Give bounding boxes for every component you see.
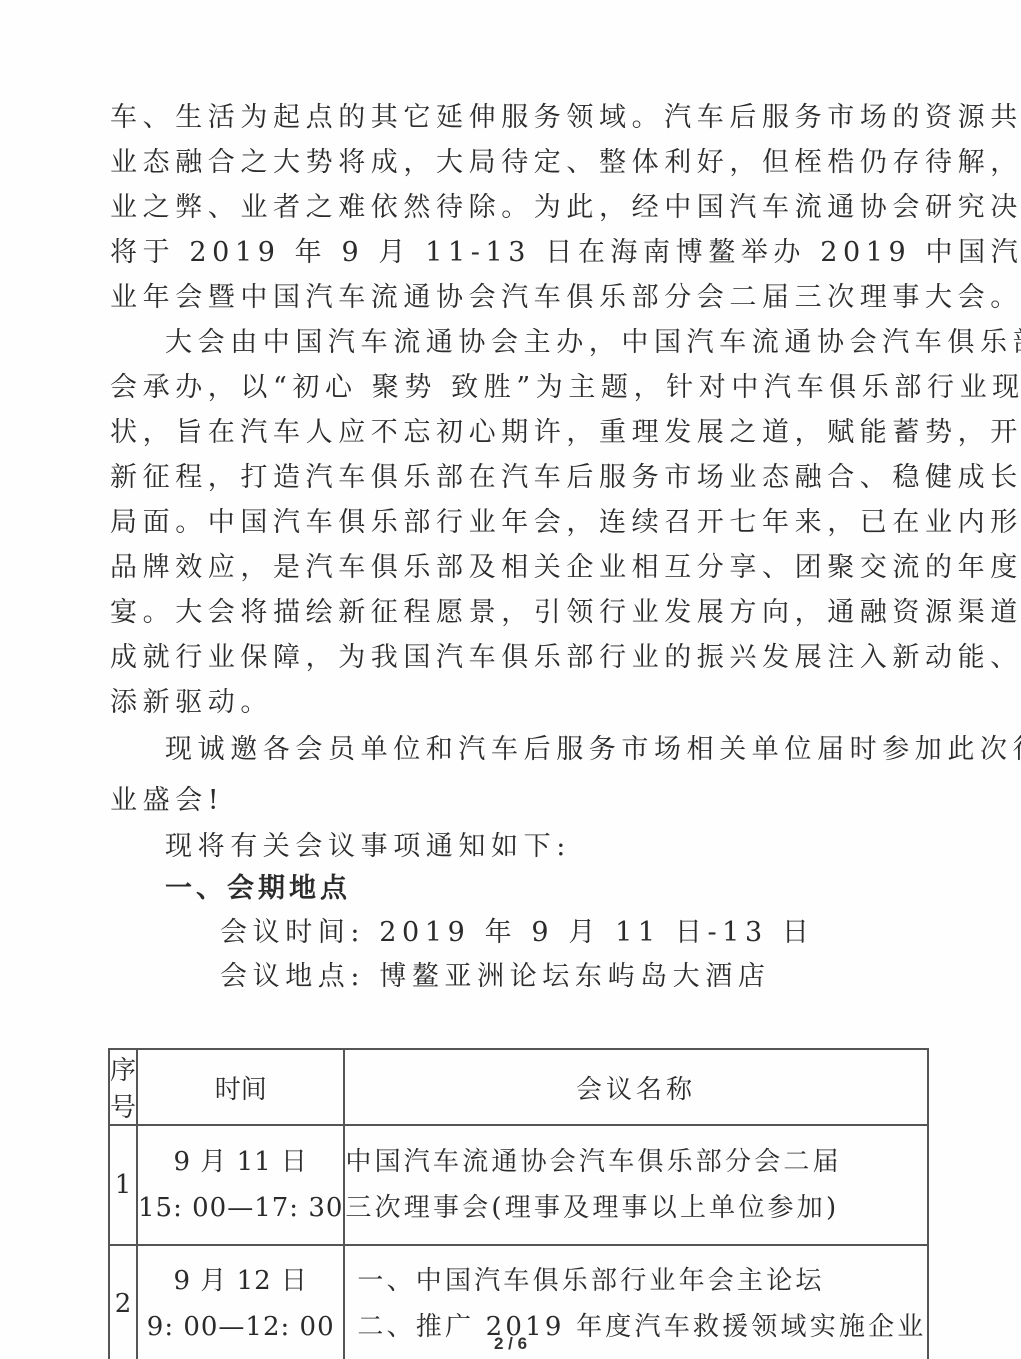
page-number: 2 / 6 — [0, 1334, 1021, 1354]
paragraph-1-line-5: 业年会暨中国汽车流通协会汽车俱乐部分会二届三次理事大会。 — [110, 275, 910, 320]
header-number: 序号 — [109, 1049, 137, 1125]
document-page: 车、生活为起点的其它延伸服务领域。汽车后服务市场的资源共享、 业态融合之大势将成… — [0, 0, 1021, 1359]
meeting-time-line: 会议时间: 2019 年 9 月 11 日-13 日 — [220, 910, 1020, 955]
paragraph-2-line-8: 成就行业保障，为我国汽车俱乐部行业的振兴发展注入新动能、加 — [110, 635, 910, 680]
paragraph-2-line-9: 添新驱动。 — [110, 680, 910, 725]
paragraph-2-line-1: 大会由中国汽车流通协会主办，中国汽车流通协会汽车俱乐部分 — [165, 320, 965, 365]
table-header-row: 序号 时间 会议名称 — [109, 1049, 928, 1125]
row-time-cell: 9 月 11 日 15: 00—17: 30 — [137, 1125, 344, 1245]
table-row: 1 9 月 11 日 15: 00—17: 30 中国汽车流通协会汽车俱乐部分会… — [109, 1125, 928, 1245]
paragraph-2-line-5: 局面。中国汽车俱乐部行业年会，连续召开七年来，已在业内形成 — [110, 500, 910, 545]
row-date: 9 月 11 日 — [138, 1139, 343, 1185]
row-time-range: 15: 00—17: 30 — [138, 1185, 343, 1231]
schedule-table: 序号 时间 会议名称 1 9 月 11 日 15: 00—17: 30 中国汽车… — [108, 1048, 929, 1359]
header-time: 时间 — [137, 1049, 344, 1125]
row-number: 1 — [109, 1125, 137, 1245]
meeting-place-line: 会议地点: 博鳌亚洲论坛东屿岛大酒店 — [220, 954, 1020, 999]
paragraph-2-line-4: 新征程，打造汽车俱乐部在汽车后服务市场业态融合、稳健成长新 — [110, 455, 910, 500]
paragraph-2-line-7: 宴。大会将描绘新征程愿景，引领行业发展方向，通融资源渠道， — [110, 590, 910, 635]
paragraph-2-line-6: 品牌效应，是汽车俱乐部及相关企业相互分享、团聚交流的年度盛 — [110, 545, 910, 590]
row-date: 9 月 12 日 — [138, 1258, 343, 1304]
paragraph-3-line-2: 业盛会! — [110, 778, 910, 823]
section-1-heading: 一、会期地点 — [165, 866, 965, 911]
paragraph-1-line-4: 将于 2019 年 9 月 11-13 日在海南博鳌举办 2019 中国汽车俱乐… — [110, 230, 910, 275]
row-name-line: 一、中国汽车俱乐部行业年会主论坛 — [357, 1258, 926, 1304]
header-meeting-name: 会议名称 — [344, 1049, 927, 1125]
paragraph-1-line-1: 车、生活为起点的其它延伸服务领域。汽车后服务市场的资源共享、 — [110, 95, 910, 140]
row-name-line: 中国汽车流通协会汽车俱乐部分会二届 — [345, 1139, 926, 1185]
paragraph-2-line-3: 状，旨在汽车人应不忘初心期许，重理发展之道，赋能蓄势，开启 — [110, 410, 910, 455]
paragraph-1-line-2: 业态融合之大势将成，大局待定、整体利好，但桎梏仍存待解，产 — [110, 140, 910, 185]
paragraph-2-line-2: 会承办，以“初心 聚势 致胜”为主题，针对中汽车俱乐部行业现 — [110, 365, 910, 410]
row-name-line: 三次理事会(理事及理事以上单位参加) — [345, 1185, 926, 1231]
row-name-cell: 中国汽车流通协会汽车俱乐部分会二届 三次理事会(理事及理事以上单位参加) — [344, 1125, 927, 1245]
paragraph-4: 现将有关会议事项通知如下: — [165, 824, 965, 869]
paragraph-1-line-3: 业之弊、业者之难依然待除。为此，经中国汽车流通协会研究决定， — [110, 185, 910, 230]
paragraph-3-line-1: 现诚邀各会员单位和汽车后服务市场相关单位届时参加此次行 — [165, 727, 965, 772]
